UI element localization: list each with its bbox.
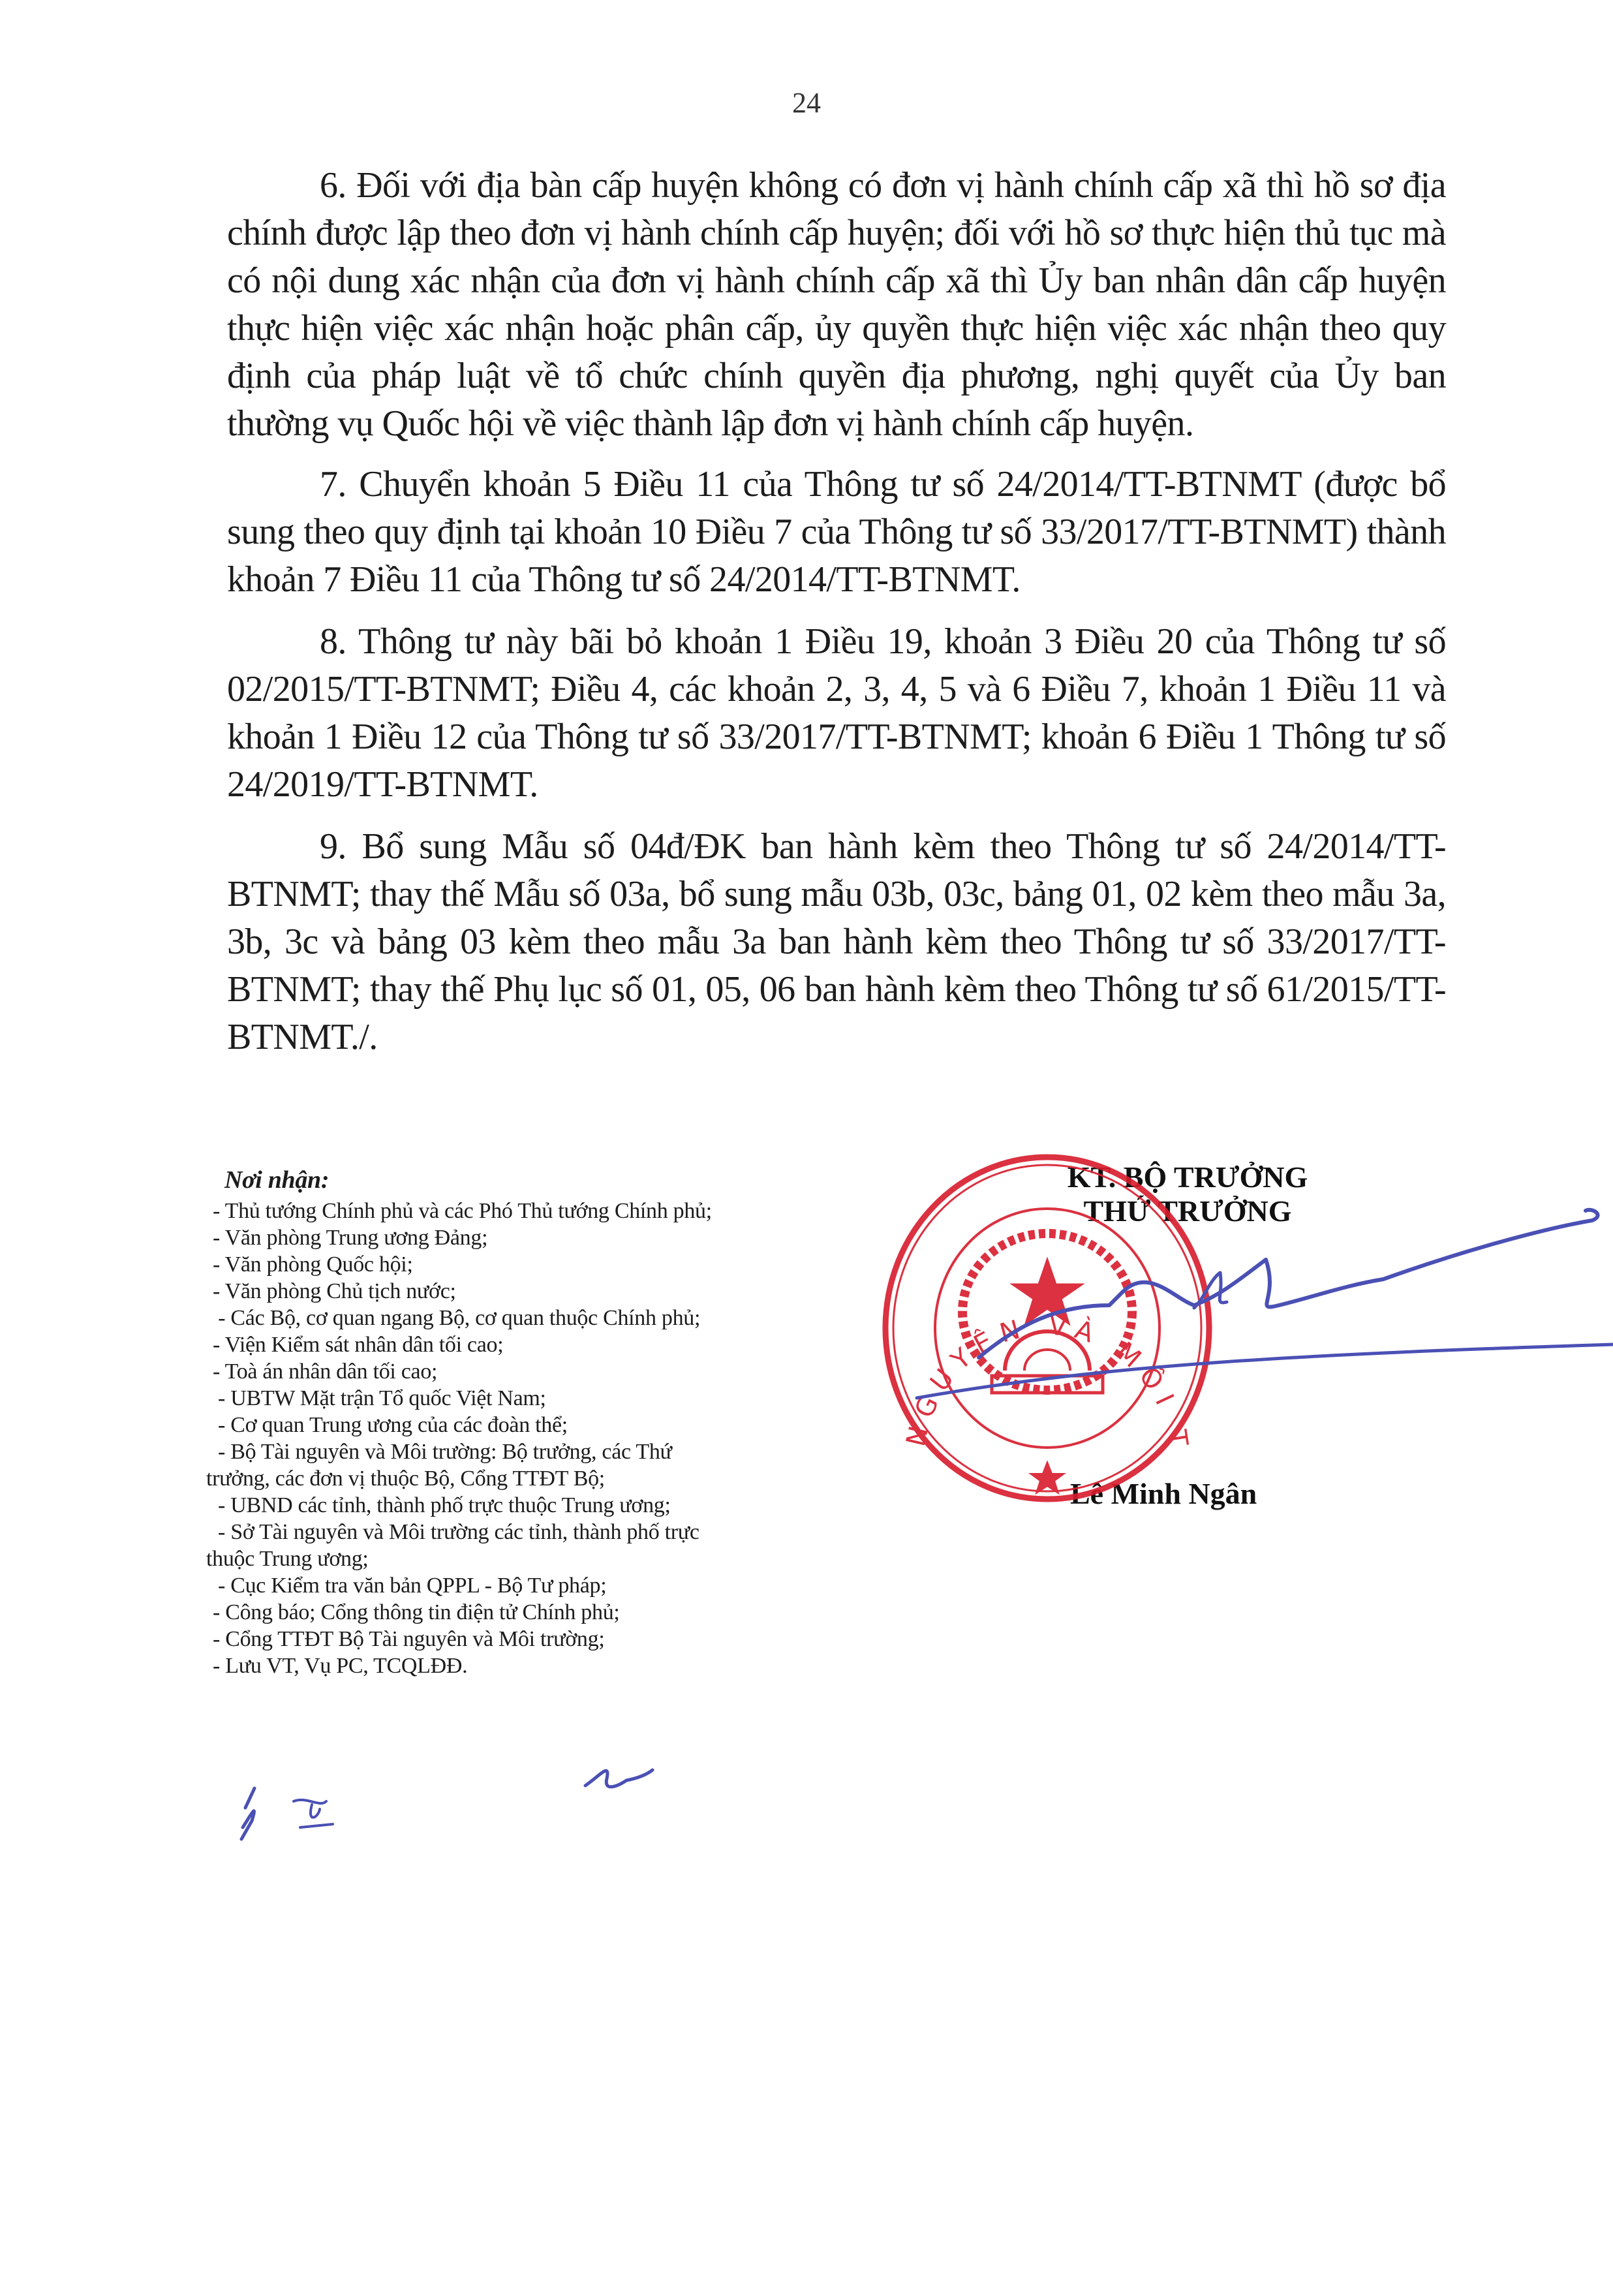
signer-title: KT. BỘ TRƯỞNG THỨ TRƯỞNG <box>1018 1160 1357 1228</box>
recipient-item: - Công báo; Cổng thông tin điện tử Chính… <box>206 1599 898 1626</box>
recipient-item: - Văn phòng Chủ tịch nước; <box>206 1278 898 1305</box>
recipient-item-continued: trưởng, các đơn vị thuộc Bộ, Cổng TTĐT B… <box>206 1465 898 1492</box>
seal-bottom-star-icon <box>1030 1462 1064 1493</box>
recipient-item: - UBTW Mặt trận Tổ quốc Việt Nam; <box>206 1385 898 1412</box>
recipients-heading: Nơi nhận: <box>224 1167 898 1194</box>
clause-8: 8. Thông tư này bãi bỏ khoản 1 Điều 19, … <box>227 618 1446 809</box>
recipient-item: - Sở Tài nguyên và Môi trường các tỉnh, … <box>206 1519 898 1545</box>
recipient-item: - Toà án nhân dân tối cao; <box>206 1358 898 1385</box>
recipient-item: - Cơ quan Trung ương của các đoàn thể; <box>206 1412 898 1438</box>
page-number: 24 <box>0 86 1613 119</box>
recipients-block: Nơi nhận: - Thủ tướng Chính phủ và các P… <box>206 1167 898 1679</box>
signer-title-line2: THỨ TRƯỞNG <box>1018 1194 1357 1228</box>
recipient-item: - Cổng TTĐT Bộ Tài nguyên và Môi trường; <box>206 1626 898 1652</box>
recipient-item: - Lưu VT, Vụ PC, TCQLĐĐ. <box>206 1652 898 1679</box>
recipient-item: - Văn phòng Quốc hội; <box>206 1251 898 1278</box>
recipient-item: - UBND các tỉnh, thành phố trực thuộc Tr… <box>206 1492 898 1519</box>
clause-9: 9. Bổ sung Mẫu số 04đ/ĐK ban hành kèm th… <box>227 823 1446 1061</box>
recipient-item: - Các Bộ, cơ quan ngang Bộ, cơ quan thuộ… <box>206 1305 898 1331</box>
recipient-item: - Văn phòng Trung ương Đảng; <box>206 1224 898 1251</box>
recipient-item-continued: thuộc Trung ương; <box>206 1545 898 1572</box>
recipient-item: - Cục Kiểm tra văn bản QPPL - Bộ Tư pháp… <box>206 1572 898 1599</box>
clause-7: 7. Chuyển khoản 5 Điều 11 của Thông tư s… <box>227 461 1446 604</box>
clause-6: 6. Đối với địa bàn cấp huyện không có đơ… <box>227 162 1446 448</box>
signer-title-line1: KT. BỘ TRƯỞNG <box>1018 1160 1357 1194</box>
recipient-item: - Bộ Tài nguyên và Môi trường: Bộ trưởng… <box>206 1438 898 1465</box>
recipient-item: - Thủ tướng Chính phủ và các Phó Thủ tướ… <box>206 1198 898 1224</box>
recipient-item: - Viện Kiểm sát nhân dân tối cao; <box>206 1331 898 1358</box>
signer-name: Lê Minh Ngân <box>1070 1476 1257 1511</box>
document-body: 6. Đối với địa bàn cấp huyện không có đơ… <box>227 162 1446 1061</box>
seal-star-icon <box>1013 1260 1082 1324</box>
